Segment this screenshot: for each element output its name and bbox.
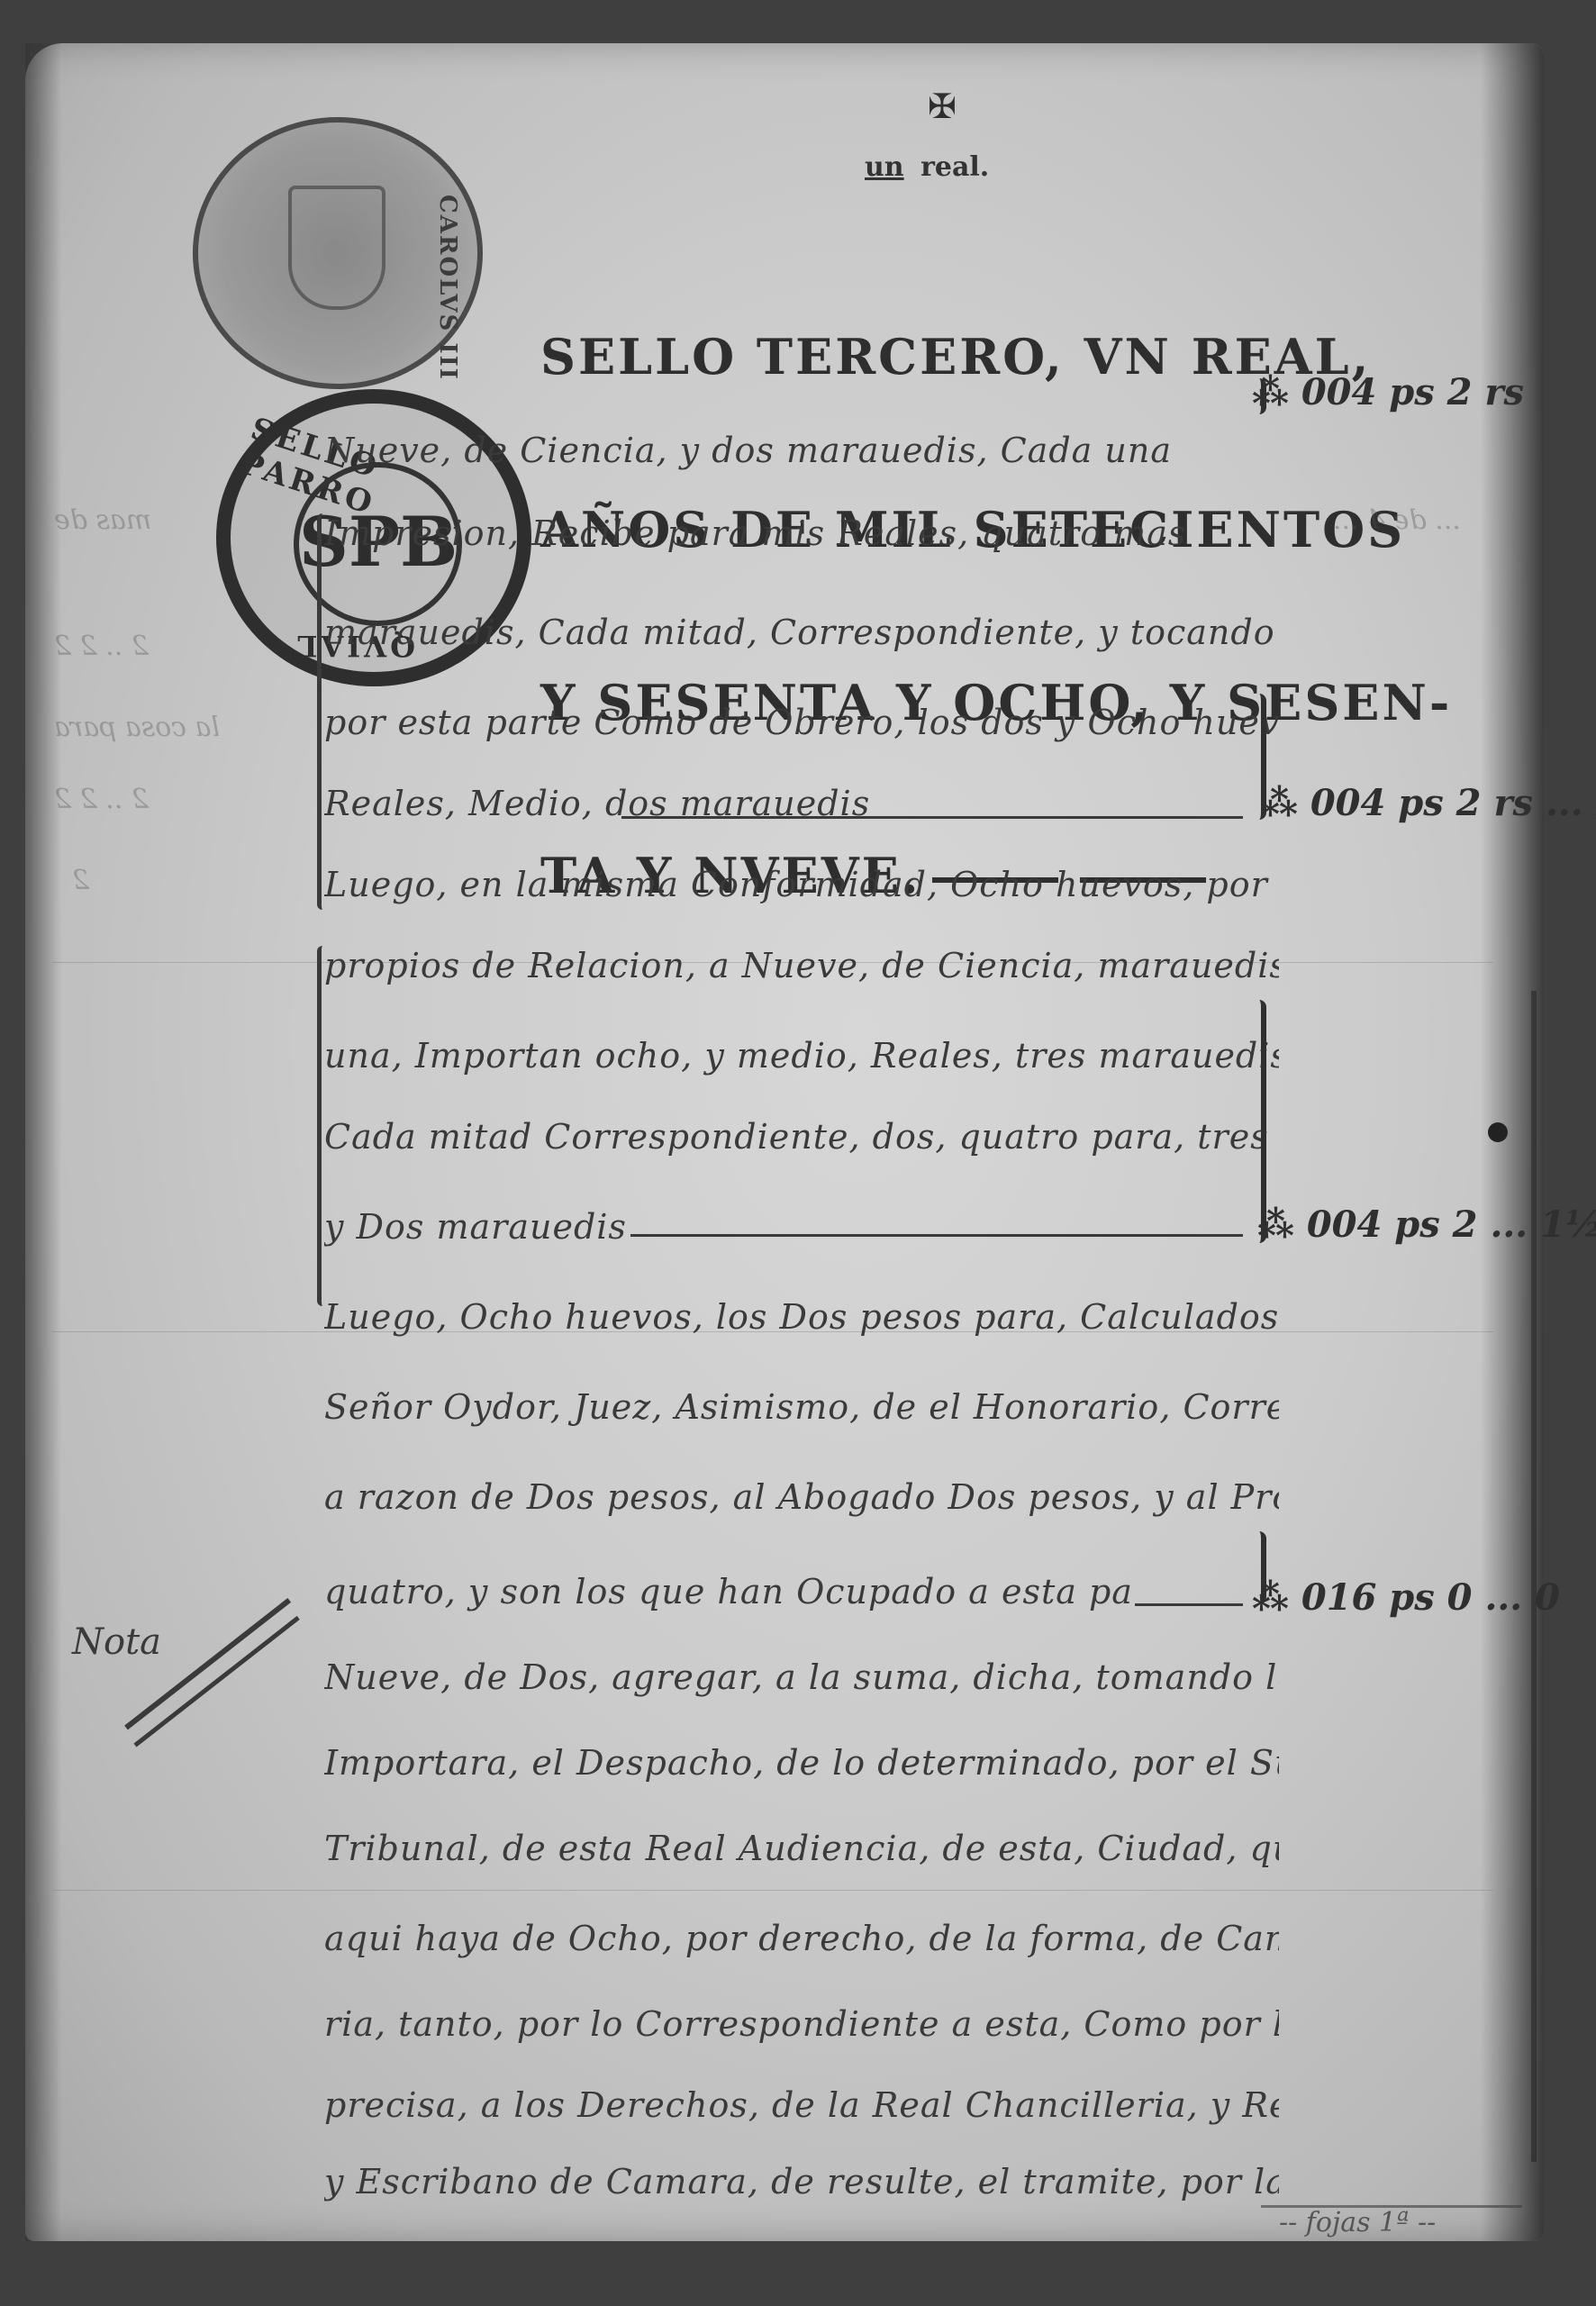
manuscript-line: propios de Relacion, a Nueve, de Ciencia… <box>324 946 1279 985</box>
manuscript-line: aqui haya de Ocho, por derecho, de la fo… <box>324 1919 1279 1958</box>
manuscript-line: Importara, el Despacho, de lo determinad… <box>324 1743 1279 1783</box>
ink-blot <box>1488 1122 1508 1142</box>
bleed-through-text: 2 .. 2 2 <box>54 631 149 662</box>
leader-line <box>621 816 1243 819</box>
page-left-edge-shadow <box>25 43 61 2241</box>
manuscript-line: ria, tanto, por lo Correspondiente a est… <box>324 2004 1279 2044</box>
manuscript-line: Luego, Ocho huevos, los Dos pesos para, … <box>324 1297 1279 1337</box>
manuscript-line: y Escribano de Camara, de resulte, el tr… <box>324 2162 1279 2202</box>
bleed-through-text: mas de <box>54 504 151 536</box>
footer-note: -- fojas 1ª -- <box>1279 2207 1436 2238</box>
amount-entry: ⁂ 016 ps 0 ... 0 <box>1252 1576 1560 1619</box>
cross-emblem-icon: ✠ <box>928 86 957 126</box>
leader-line <box>630 1234 1243 1237</box>
royal-seal-stamp: CAROLVS III <box>193 117 483 389</box>
bleed-through-text: la cosa para <box>54 712 220 743</box>
manuscript-line: precisa, a los Derechos, de la Real Chan… <box>324 2085 1279 2125</box>
manuscript-line: quatro, y son los que han Ocupado a esta… <box>324 1572 1135 1611</box>
denomination-unit: real. <box>920 151 989 183</box>
bleed-through-text: 2 .. 2 2 <box>54 784 149 815</box>
page-fold-line <box>1531 991 1537 2162</box>
manuscript-line: Cada mitad Correspondiente, dos, quatro … <box>324 1117 1279 1157</box>
amount-entry: ⁂ 004 ps 2 ... 1½ <box>1257 1203 1596 1246</box>
stamp-denomination: un real. <box>865 151 989 183</box>
manuscript-line: Nueve, de Ciencia, y dos marauedis, Cada… <box>324 431 1279 470</box>
manuscript-line: Nueve, de Dos, agregar, a la suma, dicha… <box>324 1657 1279 1697</box>
scan-frame: CAROLVS III SELLO PARRO SPB QVIAL ✠ un r… <box>0 0 1596 2306</box>
manuscript-line: marauedis, Cada mitad, Correspondiente, … <box>324 613 1279 652</box>
amount-entry: ⁂ 004 ps 2 rs <box>1252 371 1524 413</box>
left-margin-bracket <box>317 513 331 910</box>
manuscript-line: Luego, en la misma Conformidad, Ocho hue… <box>324 865 1279 904</box>
royal-seal-legend: CAROLVS III <box>434 195 461 381</box>
margin-note-nota: Nota <box>72 1621 161 1663</box>
manuscript-line: a razon de Dos pesos, al Abogado Dos pes… <box>324 1477 1279 1517</box>
denomination-number: un <box>865 151 904 183</box>
leader-line <box>1135 1603 1243 1606</box>
manuscript-line: una, Importan ocho, y medio, Reales, tre… <box>324 1036 1279 1076</box>
manuscript-line: por esta parte Como de Obrero, los dos y… <box>324 703 1279 742</box>
right-bleed-through-text: ... de 4 ... <box>1333 504 1461 536</box>
manuscript-line: Señor Oydor, Juez, Asimismo, de el Honor… <box>324 1387 1279 1427</box>
manuscript-line: Tribunal, de esta Real Audiencia, de est… <box>324 1829 1279 1868</box>
manuscript-line: y Dos marauedis <box>324 1207 667 1247</box>
left-margin-bracket <box>317 946 331 1306</box>
manuscript-line: Impresion, Recibe para mis Reales, quatr… <box>324 513 1279 553</box>
bleed-through-text: 2 <box>72 865 89 896</box>
amount-entry: ⁂ 004 ps 2 rs ... 2½ <box>1261 782 1596 824</box>
coat-of-arms-icon <box>288 186 385 310</box>
ruled-line <box>52 1890 1493 1891</box>
